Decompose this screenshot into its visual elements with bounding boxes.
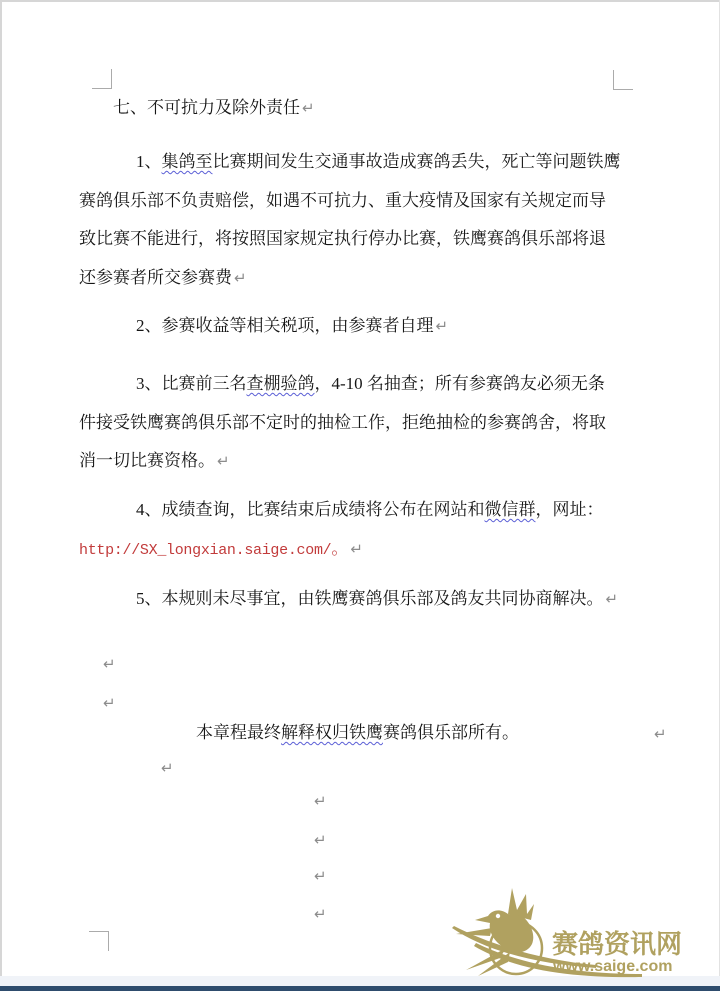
spellcheck-flagged-text: 解释权归铁鹰: [281, 723, 383, 742]
text-segment: ，4-10 名抽查；所有参赛鸽友必须无条: [315, 374, 605, 393]
clause-2-paragraph: 2、参赛收益等相关税项，由参赛者自理↵: [79, 315, 641, 354]
pilcrow-mark: ↵: [217, 452, 230, 470]
pilcrow-mark: ↵: [234, 269, 247, 287]
text-line: 消一切比赛资格。↵: [79, 450, 641, 489]
section-heading-text: 七、不可抗力及除外责任: [113, 98, 300, 117]
text-line: http://SX_longxian.saige.com/。↵: [79, 538, 641, 577]
text-segment: 还参赛者所交参赛费: [79, 268, 232, 287]
text-segment: 4、成绩查询，比赛结束后成绩将公布在网站和: [136, 500, 485, 519]
text-segment: 赛鸽俱乐部不负责赔偿，如遇不可抗力、重大疫情及国家有关规定而导: [79, 191, 606, 210]
saige-pigeon-logo-icon: 赛鸽资讯网 www.saige.com: [448, 884, 708, 984]
clause-4-paragraph: 4、成绩查询，比赛结束后成绩将公布在网站和微信群，网址：http://SX_lo…: [79, 499, 641, 576]
results-url-link[interactable]: http://SX_longxian.saige.com/: [79, 542, 331, 559]
closing-statement-paragraph: 本章程最终解释权归铁鹰赛鸽俱乐部所有。: [79, 722, 636, 761]
text-segment: 1、: [136, 152, 162, 171]
text-line: 1、集鸽至比赛期间发生交通事故造成赛鸽丢失，死亡等问题铁鹰: [79, 151, 641, 190]
pilcrow-mark: ↵: [161, 759, 174, 777]
word-document-page: { "document": { "pilcrow_glyph": "↵", "h…: [0, 0, 720, 991]
text-line: 4、成绩查询，比赛结束后成绩将公布在网站和微信群，网址：: [79, 499, 641, 538]
spellcheck-flagged-text: 查棚验鸽: [247, 374, 315, 393]
saige-watermark: 赛鸽资讯网 www.saige.com: [448, 884, 708, 984]
text-segment: 3、比赛前三名: [136, 374, 247, 393]
watermark-site-name: 赛鸽资讯网: [552, 929, 682, 959]
text-line: 赛鸽俱乐部不负责赔偿，如遇不可抗力、重大疫情及国家有关规定而导: [79, 190, 641, 229]
text-segment: 2、参赛收益等相关税项，由参赛者自理: [136, 316, 434, 335]
text-segment: 。: [331, 539, 348, 558]
pilcrow-mark: ↵: [103, 694, 116, 712]
text-segment: 消一切比赛资格。: [79, 451, 215, 470]
text-segment: ，网址：: [536, 500, 604, 519]
text-line: 本章程最终解释权归铁鹰赛鸽俱乐部所有。: [79, 722, 636, 761]
text-line: 件接受铁鹰赛鸽俱乐部不定时的抽检工作，拒绝抽检的参赛鸽舍，将取: [79, 412, 641, 451]
text-line: 5、本规则未尽事宜，由铁鹰赛鸽俱乐部及鸽友共同协商解决。↵: [79, 588, 641, 627]
text-line: 3、比赛前三名查棚验鸽，4-10 名抽查；所有参赛鸽友必须无条: [79, 373, 641, 412]
pilcrow-mark: ↵: [606, 590, 619, 608]
clause-1-paragraph: 1、集鸽至比赛期间发生交通事故造成赛鸽丢失，死亡等问题铁鹰赛鸽俱乐部不负责赔偿，…: [79, 151, 641, 306]
text-segment: 致比赛不能进行，将按照国家规定执行停办比赛，铁鹰赛鸽俱乐部将退: [79, 229, 606, 248]
clause-5-paragraph: 5、本规则未尽事宜，由铁鹰赛鸽俱乐部及鸽友共同协商解决。↵: [79, 588, 641, 627]
text-segment: 比赛期间发生交通事故造成赛鸽丢失，死亡等问题铁鹰: [213, 152, 621, 171]
clause-3-paragraph: 3、比赛前三名查棚验鸽，4-10 名抽查；所有参赛鸽友必须无条件接受铁鹰赛鸽俱乐…: [79, 373, 641, 489]
pilcrow-mark: ↵: [314, 792, 327, 810]
spellcheck-flagged-text: 集鸽至: [162, 152, 213, 171]
pilcrow-mark: ↵: [350, 540, 363, 558]
pilcrow-mark: ↵: [103, 655, 116, 673]
text-line: 致比赛不能进行，将按照国家规定执行停办比赛，铁鹰赛鸽俱乐部将退: [79, 228, 641, 267]
text-line: 还参赛者所交参赛费↵: [79, 267, 641, 306]
text-segment: 件接受铁鹰赛鸽俱乐部不定时的抽检工作，拒绝抽检的参赛鸽舍，将取: [79, 413, 606, 432]
pilcrow-mark: ↵: [436, 317, 449, 335]
text-segment: 赛鸽俱乐部所有。: [383, 723, 519, 742]
section-heading: 七、不可抗力及除外责任↵: [113, 93, 315, 118]
pilcrow-mark: ↵: [302, 99, 315, 117]
text-line: 2、参赛收益等相关税项，由参赛者自理↵: [79, 315, 641, 354]
text-segment: 5、本规则未尽事宜，由铁鹰赛鸽俱乐部及鸽友共同协商解决。: [136, 589, 604, 608]
pilcrow-mark: ↵: [654, 725, 667, 743]
spellcheck-flagged-text: 微信群: [485, 500, 536, 519]
watermark-site-url: www.saige.com: [552, 958, 672, 975]
text-segment: 本章程最终: [196, 723, 281, 742]
document-body: 七、不可抗力及除外责任↵ 1、集鸽至比赛期间发生交通事故造成赛鸽丢失，死亡等问题…: [0, 0, 720, 991]
pilcrow-mark: ↵: [314, 867, 327, 885]
pilcrow-mark: ↵: [314, 831, 327, 849]
pilcrow-mark: ↵: [314, 905, 327, 923]
